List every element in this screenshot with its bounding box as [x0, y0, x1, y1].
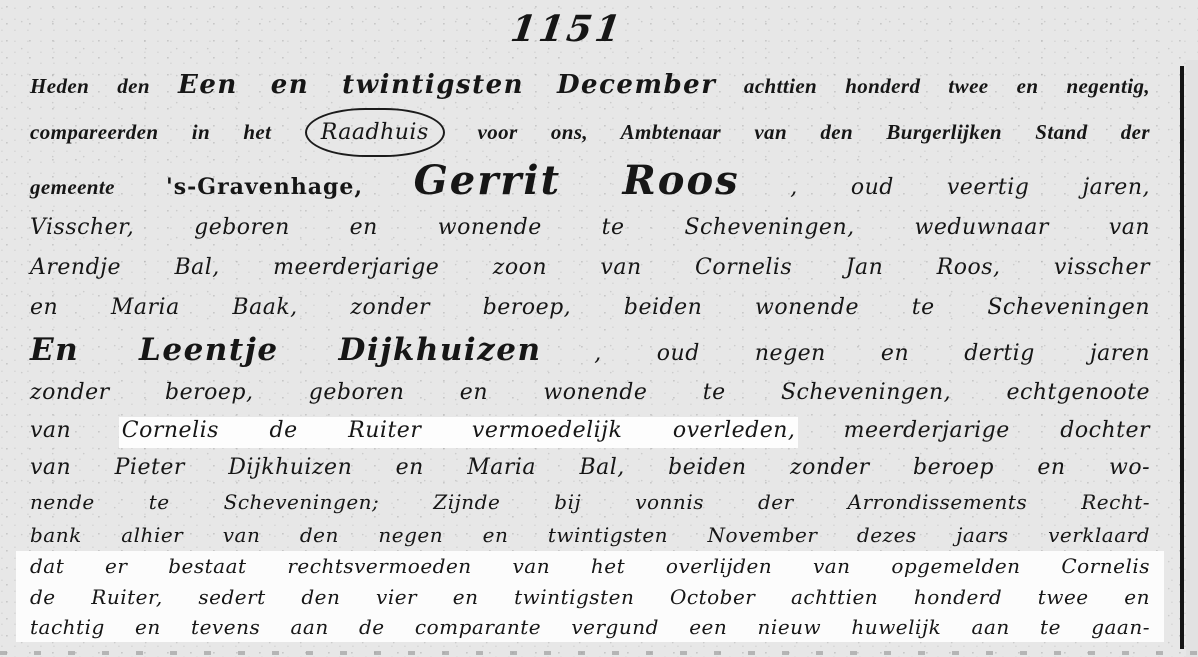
highlight-block: dat er bestaat rechtsvermoeden van het o… — [16, 551, 1164, 642]
page-bottom-edge — [0, 651, 1198, 655]
document-line: bank alhier van den negen en twintigsten… — [30, 519, 1150, 551]
line-text: compareerden in het — [30, 120, 305, 144]
document-line: gemeente 's-Gravenhage, Gerrit Roos , ou… — [30, 153, 1150, 208]
line-text: bank alhier van den negen en twintigsten… — [30, 523, 1150, 547]
line-text: en Maria Baak, zonder beroep, beiden won… — [30, 295, 1150, 320]
date-handwritten: Een en twintigsten December — [178, 70, 716, 100]
groom-name: Gerrit Roos — [414, 157, 740, 204]
document-line: Visscher, geboren en wonende te Scheveni… — [30, 208, 1150, 248]
document-line: de Ruiter, sedert den vier en twintigste… — [30, 582, 1150, 612]
document-line: tachtig en tevens aan de comparante verg… — [30, 612, 1150, 642]
line-text: zonder beroep, geboren en wonende te Sch… — [30, 380, 1150, 405]
document-line: En Leentje Dijkhuizen , oud negen en der… — [30, 327, 1150, 373]
record-number: 1151 — [0, 0, 1170, 58]
document-line: Heden den Een en twintigsten December ac… — [30, 62, 1150, 108]
document-line: en Maria Baak, zonder beroep, beiden won… — [30, 288, 1150, 327]
municipality-name: 's-Gravenhage, — [166, 174, 363, 200]
act-text: Heden den Een en twintigsten December ac… — [30, 62, 1150, 642]
line-text: , oud veertig jaren, — [790, 175, 1150, 200]
highlighted-husband-status: Cornelis de Ruiter vermoedelijk overlede… — [122, 418, 796, 443]
townhall-handwritten: Raadhuis — [305, 108, 445, 157]
page-margin — [1186, 60, 1198, 657]
line-text: nende te Scheveningen; Zijnde bij vonnis… — [30, 490, 1150, 514]
document-line: compareerden in het Raadhuis voor ons, A… — [30, 108, 1150, 153]
line-text: achttien honderd twee en negentig, — [744, 74, 1150, 98]
document-line: dat er bestaat rechtsvermoeden van het o… — [30, 551, 1150, 582]
document-page: 1151 Heden den Een en twintigsten Decemb… — [0, 0, 1198, 657]
line-text: voor ons, Ambtenaar van den Burgerlijken… — [477, 120, 1150, 144]
line-text: , oud negen en dertig jaren — [594, 341, 1150, 366]
highlighted-line-text: tachtig en tevens aan de comparante verg… — [30, 615, 1150, 639]
line-text: Arendje Bal, meerderjarige zoon van Corn… — [30, 255, 1150, 280]
line-text: van — [30, 418, 122, 443]
page-edge-line — [1180, 66, 1184, 649]
line-text: Heden den — [30, 74, 178, 98]
document-line: nende te Scheveningen; Zijnde bij vonnis… — [30, 486, 1150, 519]
line-text: meerderjarige dochter — [844, 418, 1150, 443]
line-text: van Pieter Dijkhuizen en Maria Bal, beid… — [30, 455, 1150, 480]
document-line: van Pieter Dijkhuizen en Maria Bal, beid… — [30, 450, 1150, 486]
line-text: Visscher, geboren en wonende te Scheveni… — [30, 215, 1150, 240]
document-line: van Cornelis de Ruiter vermoedelijk over… — [30, 412, 1150, 450]
document-line: Arendje Bal, meerderjarige zoon van Corn… — [30, 248, 1150, 288]
line-text: gemeente — [30, 175, 166, 199]
document-line: zonder beroep, geboren en wonende te Sch… — [30, 373, 1150, 412]
highlighted-line-text: de Ruiter, sedert den vier en twintigste… — [30, 585, 1150, 609]
bride-name: En Leentje Dijkhuizen — [30, 332, 542, 368]
highlighted-line-text: dat er bestaat rechtsvermoeden van het o… — [30, 554, 1150, 578]
